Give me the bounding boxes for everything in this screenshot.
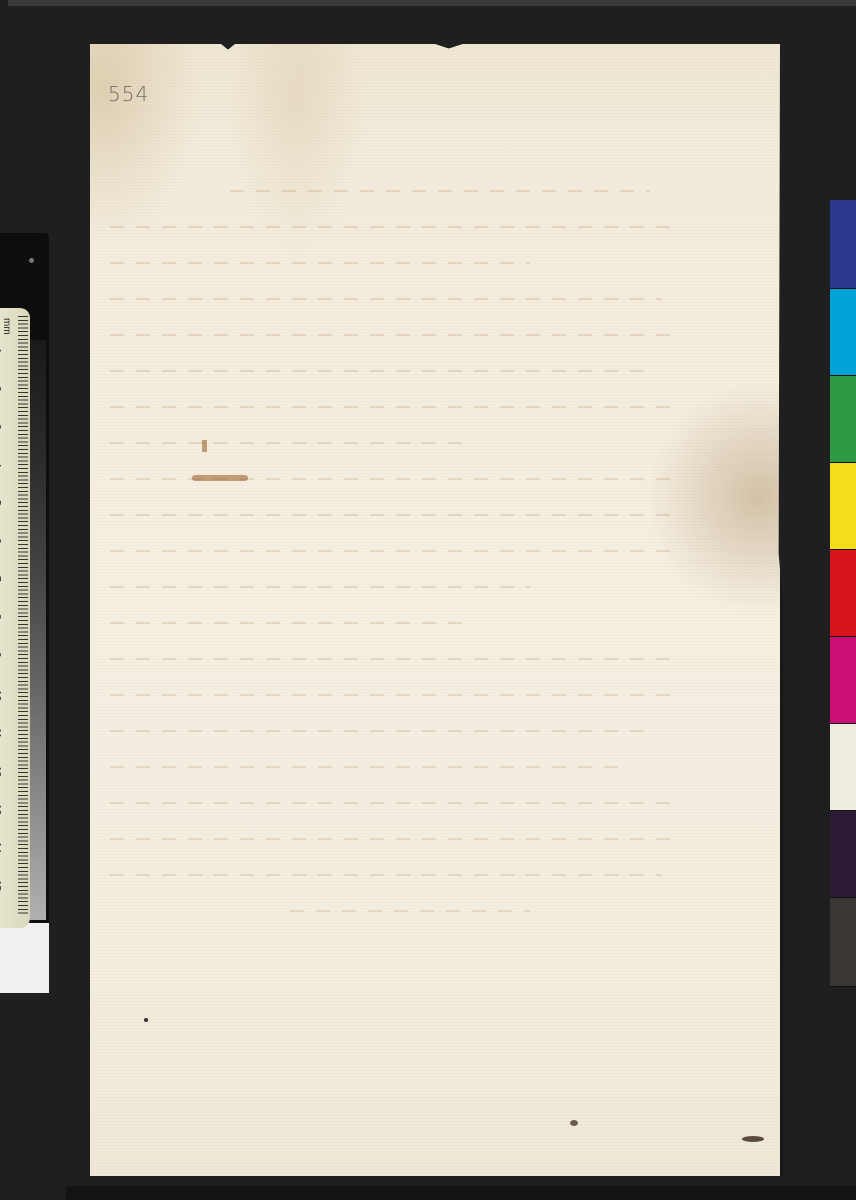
ruler-unit: mm — [1, 318, 12, 335]
ruler-label: 14 — [0, 842, 2, 853]
ink-mark — [192, 475, 248, 481]
ruler-ticks — [18, 316, 28, 916]
ruler-label: 2 — [0, 386, 2, 392]
card-white-patch — [0, 923, 49, 993]
folio-number: 554 — [108, 82, 149, 106]
swatch-red — [830, 550, 856, 637]
gray-scale-strip — [30, 340, 46, 920]
ink-blot — [742, 1136, 764, 1142]
swatch-yellow — [830, 463, 856, 550]
ruler: mm 1 2 3 4 5 6 7 8 9 10 11 12 13 14 15 — [0, 308, 30, 928]
ink-blot — [570, 1120, 578, 1126]
ruler-label: 8 — [0, 614, 2, 620]
swatch-green — [830, 376, 856, 463]
swatch-cyan — [830, 289, 856, 376]
ink-dot — [144, 1018, 148, 1022]
ruler-label: 10 — [0, 690, 2, 701]
ink-mark — [202, 440, 207, 452]
bottom-backdrop-edge — [66, 1186, 856, 1200]
bleed-through-text — [110, 190, 710, 946]
swatch-black-textured — [830, 898, 856, 987]
ruler-label: 11 — [0, 728, 2, 738]
ruler-label: 7 — [0, 576, 2, 582]
swatch-blue — [830, 200, 856, 289]
ruler-label: 5 — [0, 500, 2, 506]
ruler-label: 3 — [0, 424, 2, 430]
card-hole — [29, 258, 34, 263]
swatch-magenta — [830, 637, 856, 724]
ruler-label: 4 — [0, 462, 2, 468]
color-calibration-chart — [830, 200, 856, 978]
ruler-label: 15 — [0, 880, 2, 891]
swatch-white — [830, 724, 856, 811]
top-backdrop-edge — [8, 0, 856, 6]
swatch-purple — [830, 811, 856, 898]
ruler-label: 12 — [0, 766, 2, 777]
ruler-label: 13 — [0, 804, 2, 815]
ruler-label: 9 — [0, 652, 2, 658]
ruler-label: 6 — [0, 538, 2, 544]
ruler-label: 1 — [0, 348, 2, 354]
